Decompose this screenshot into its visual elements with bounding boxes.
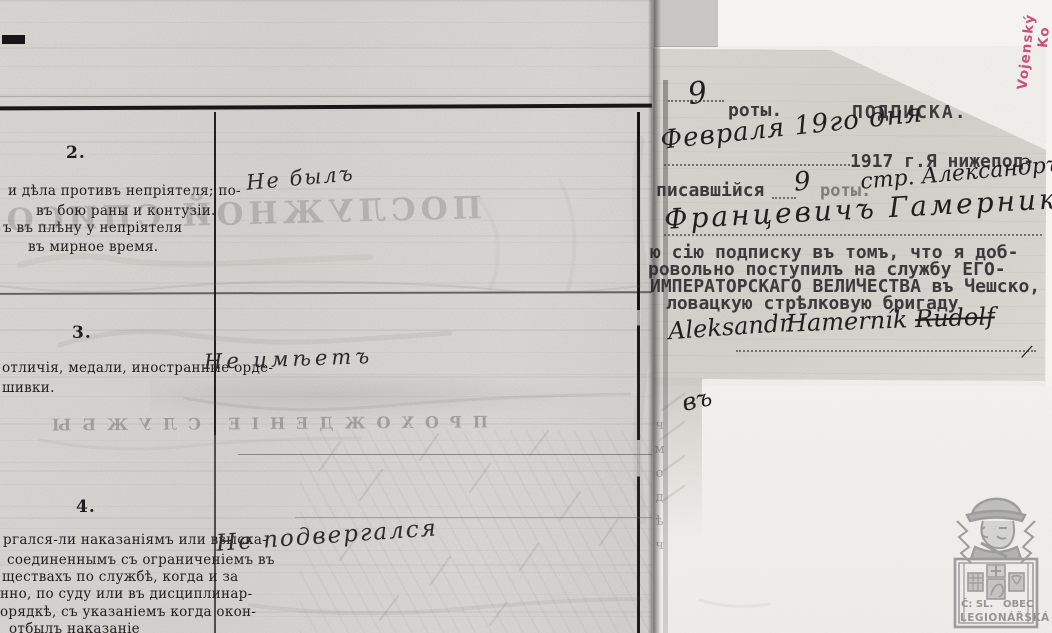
question-4-line: отбылъ наказаніе [9,621,140,633]
page-seam-shadow [648,0,661,633]
ink-smudge [150,370,610,420]
question-4-line: орядкѣ, съ указаніемъ когда окон- [0,604,256,620]
question-4-number: 4. [76,497,96,517]
dotted-leader [664,234,1042,236]
table-top-border [0,104,654,111]
scan-artifact-dash [2,35,25,44]
dotted-leader [736,350,1036,352]
watermark-text-right: OBEC [1003,599,1033,610]
question-3-number: 3. [72,323,92,343]
archive-stamp-text-2: Ko [1035,7,1052,48]
table-rule-faint-3 [295,517,652,518]
question-2-number: 2. [66,143,86,163]
question-2-line: въ мирное время. [28,239,158,255]
question-2-line: ъ въ плѣну у непріятеля [3,220,182,236]
question-2-line: и дѣла противъ непріятеля; по- [8,183,241,199]
question-3-line: шивки. [2,380,55,396]
legion-watermark-emblem: Č: SL. OBEC LEGIONÁŘSKÁ [941,481,1051,633]
watermark-text-bottom: LEGIONÁŘSKÁ [960,611,1050,624]
table-rule-faint-2 [238,454,652,455]
signature-surname: Hamerník [786,305,908,337]
question-4-line: ществахъ по службѣ, когда и за [2,569,238,585]
table-rule-faint [0,96,654,97]
table-row-divider [0,291,652,295]
watermark-text-left: Č: SL. [961,597,993,610]
company-number-2-handwritten: 9 [793,166,812,197]
scanned-archive-document: ПОСЛУЖНОЙ СПИСОКЪ ПРОХОЖДЕНІЕ СЛУЖБЫ 2. … [0,0,1052,633]
question-2-line: въ бою раны и контузіи. [36,203,216,219]
table-right-border [637,112,640,633]
dotted-leader [664,164,850,166]
service-record-page: ПОСЛУЖНОЙ СПИСОКЪ ПРОХОЖДЕНІЕ СЛУЖБЫ 2. … [0,0,654,633]
question-4-line: нно, по суду или въ дисциплинар- [0,586,253,602]
page-seam-shadow-2 [663,80,668,633]
signature-struck-name: Rudolf [914,302,995,333]
underlying-page-corner [654,0,718,47]
answer-handwritten-q2: Не былъ [245,161,355,194]
